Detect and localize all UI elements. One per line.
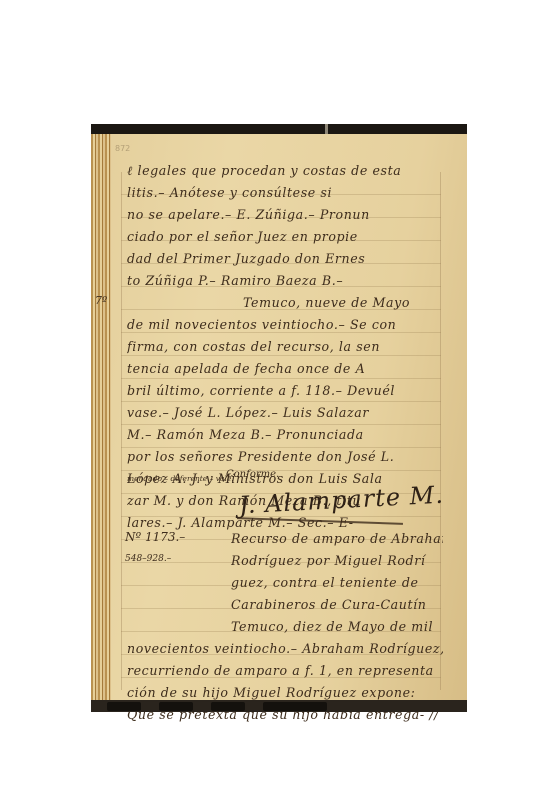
signature-flourish [237, 517, 403, 525]
index-tab [159, 702, 193, 711]
index-tab [107, 702, 141, 711]
text-line: recurriendo de amparo a f. 1, en represe… [127, 660, 443, 682]
index-tab [211, 702, 245, 711]
entry-number: Nº 1173.– [125, 530, 185, 544]
index-tab [263, 702, 327, 711]
top-glare [325, 124, 328, 134]
conforme-note: Conforme. [226, 469, 279, 480]
color-tabs-strip [91, 700, 467, 712]
text-line: Carabineros de Cura-Cautín [231, 594, 443, 616]
text-line: Rodríguez por Miguel Rodrí [231, 550, 443, 572]
text-line: Temuco, diez de Mayo de mil [231, 616, 443, 638]
page-content-overlay: mendado – deferente – vale. Conforme. J.… [91, 134, 467, 700]
entry-folios: 548–928.– [125, 554, 171, 564]
amendment-note: mendado – deferente – vale. [127, 474, 234, 483]
text-line: novecientos veintiocho.– Abraham Rodrígu… [127, 638, 443, 660]
text-line: guez, contra el teniente de [231, 572, 443, 594]
text-line: Recurso de amparo de Abraham [231, 528, 443, 550]
signature: J. Alamparte M. [238, 481, 444, 520]
tabs-background [91, 700, 467, 712]
